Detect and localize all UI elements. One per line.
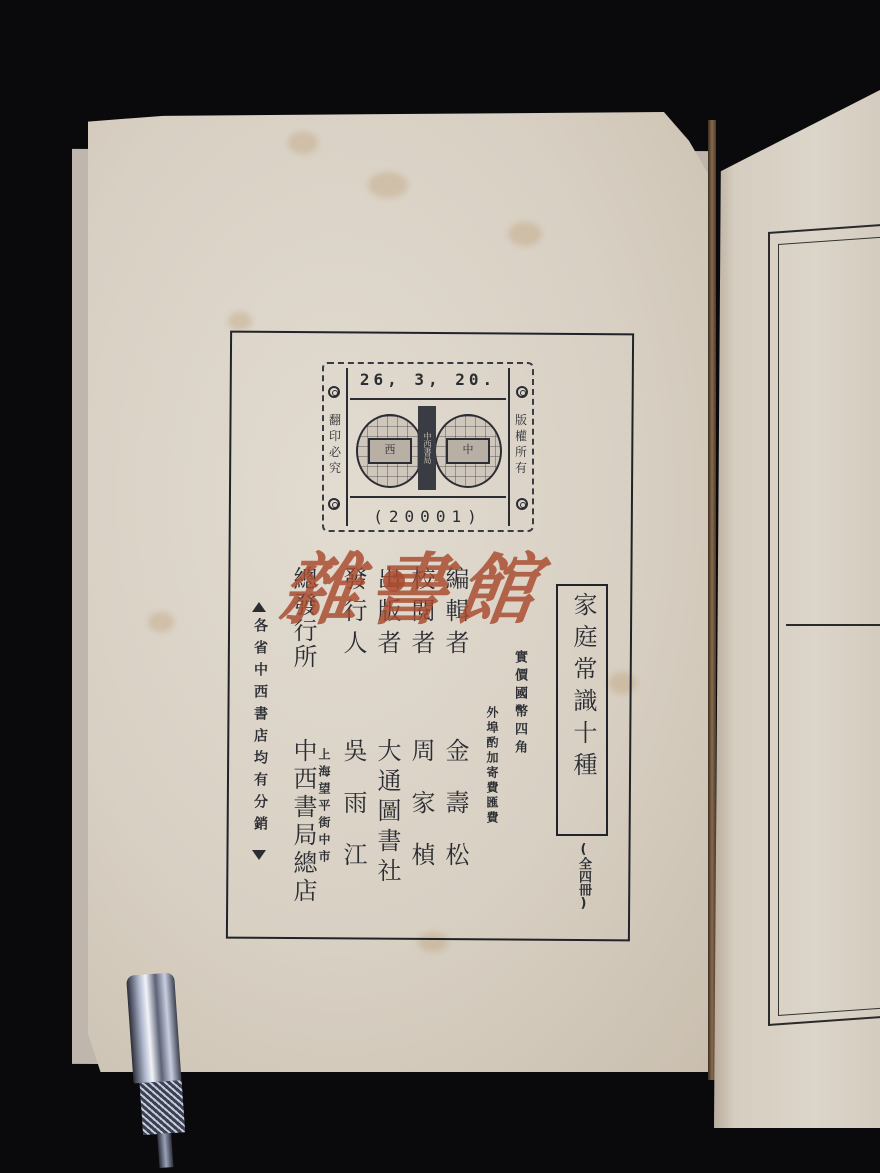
postage-note: 外埠酌加寄費匯費 <box>484 706 501 826</box>
book-title: 家庭常識十種 <box>566 592 601 784</box>
stamp-serial: (20001) <box>350 507 506 526</box>
globe-left-icon: 西 <box>356 414 424 488</box>
triangle-down-icon <box>252 850 266 860</box>
name-proofreader: 周家楨 <box>404 738 439 894</box>
price: 實價國幣四角 <box>510 650 529 758</box>
name-editor: 金壽松 <box>438 738 473 894</box>
ring-ornament-icon <box>516 386 528 398</box>
facing-page-divider <box>786 624 880 626</box>
copyright-stamp: 26, 3, 20. (20001) 翻印必究 版權所有 西 中 中西書局 <box>322 362 534 532</box>
volume-count: (全四冊) <box>574 842 593 911</box>
watermark-dot <box>383 570 405 592</box>
globe-right-icon: 中 <box>434 414 502 488</box>
name-publisher: 大通圖書社 <box>370 738 405 888</box>
book-spine <box>708 120 716 1080</box>
stamp-left-text: 翻印必究 <box>326 412 344 476</box>
ring-ornament-icon <box>328 386 340 398</box>
ring-ornament-icon <box>516 498 528 510</box>
triangle-up-icon <box>252 602 266 612</box>
photo-scene: 26, 3, 20. (20001) 翻印必究 版權所有 西 中 中西書局 家庭… <box>0 0 880 1173</box>
distribution-note: 各省中西書店均有分銷 <box>250 618 270 838</box>
name-issuer: 吳雨江 <box>336 738 371 894</box>
name-general-distributor: 中西書局總店 <box>286 738 321 906</box>
ring-ornament-icon <box>328 498 340 510</box>
stamp-date: 26, 3, 20. <box>350 370 506 389</box>
stamp-right-text: 版權所有 <box>512 412 530 476</box>
watermark: 雜書館 <box>274 528 554 640</box>
book-logo-icon: 中西書局 <box>418 406 436 490</box>
